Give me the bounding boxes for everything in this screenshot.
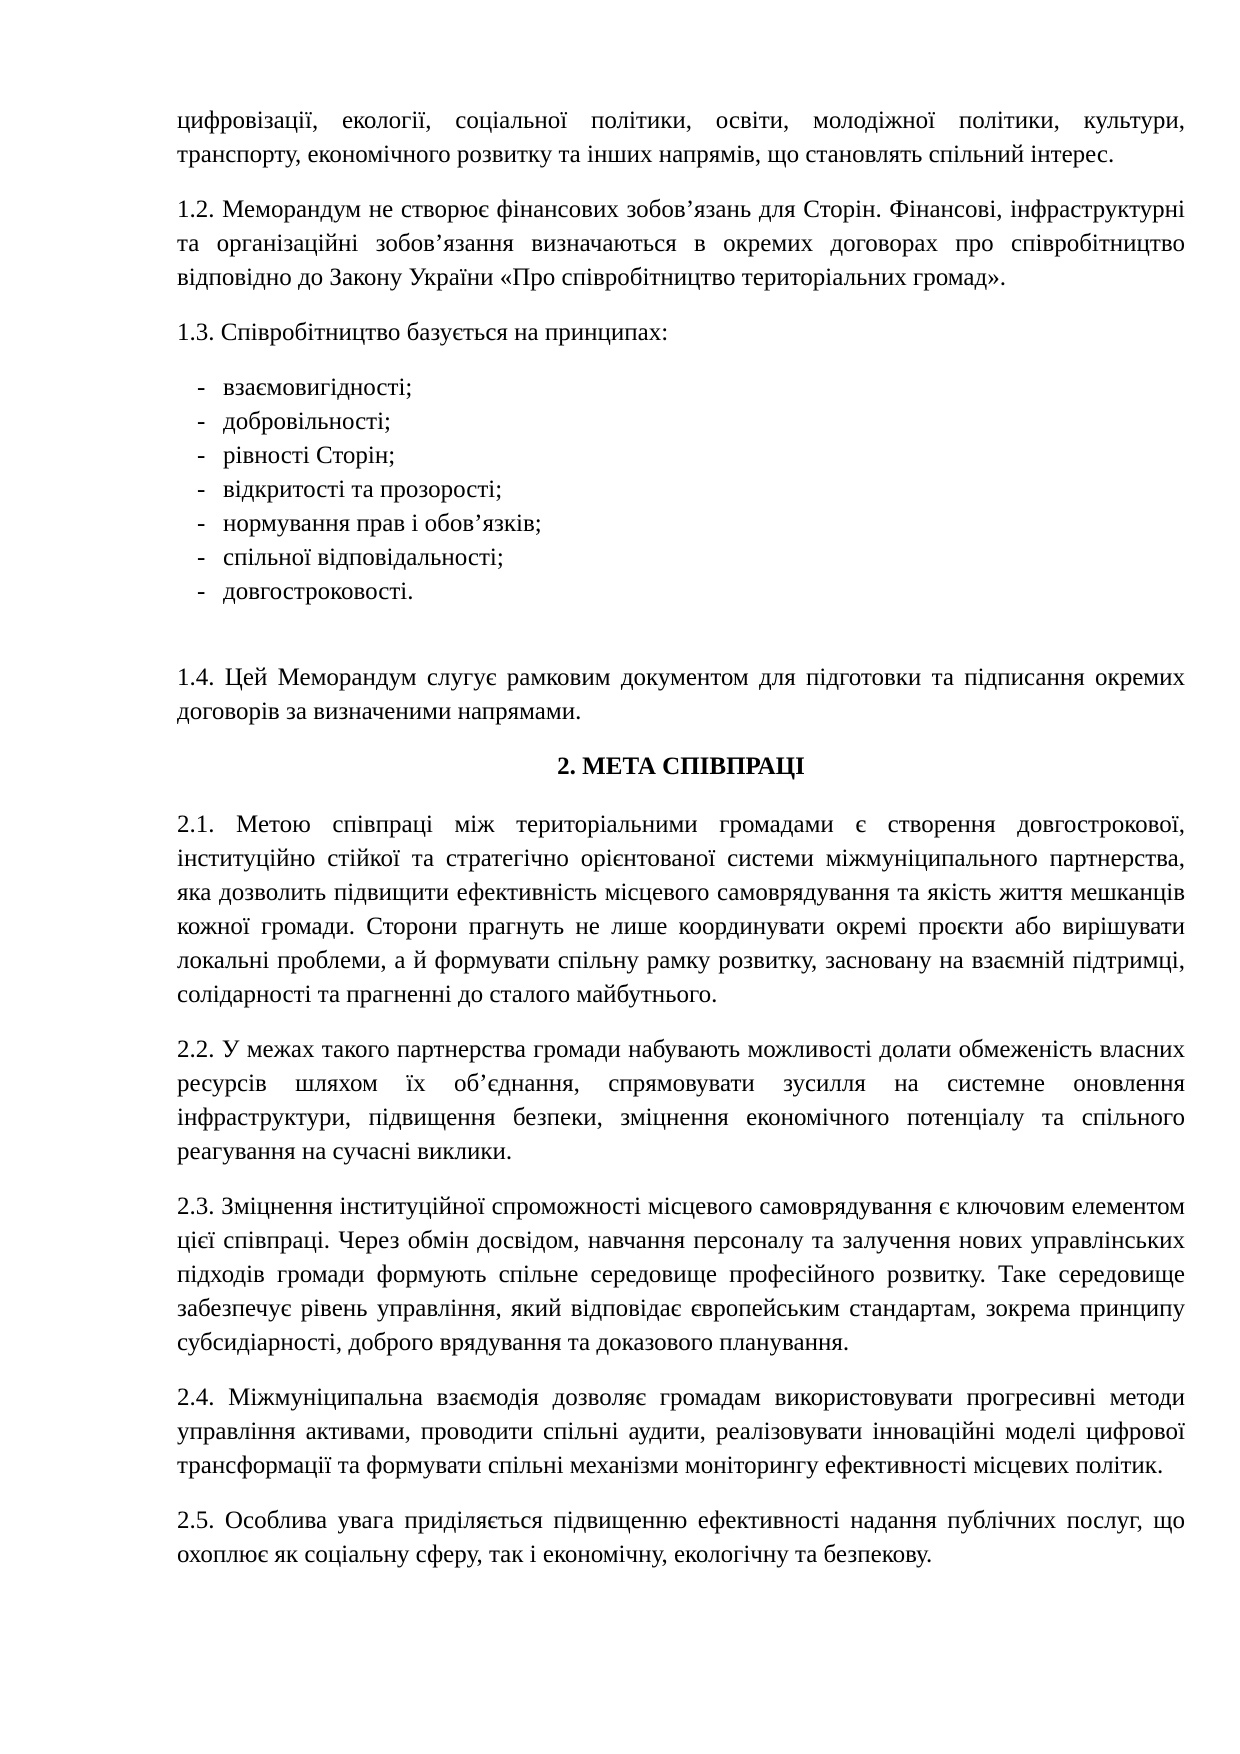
document-page: цифровізації, екології, соціальної політ… <box>0 0 1240 1754</box>
list-item: - спільної відповідальності; <box>177 541 1185 575</box>
list-dash: - <box>197 439 223 473</box>
list-dash: - <box>197 371 223 405</box>
section-heading-meta-spivpratsi: 2. МЕТА СПІВПРАЦІ <box>177 750 1185 784</box>
paragraph-1-4: 1.4. Цей Меморандум слугує рамковим доку… <box>177 661 1185 729</box>
list-dash: - <box>197 405 223 439</box>
list-item: - добровільності; <box>177 405 1185 439</box>
list-dash: - <box>197 507 223 541</box>
list-item-text: відкритості та прозорості; <box>223 473 1185 507</box>
list-item-text: спільної відповідальності; <box>223 541 1185 575</box>
paragraph-intro-continuation: цифровізації, екології, соціальної політ… <box>177 104 1185 172</box>
list-item: - відкритості та прозорості; <box>177 473 1185 507</box>
list-item: - рівності Сторін; <box>177 439 1185 473</box>
principles-list: - взаємовигідності; - добровільності; - … <box>177 371 1185 609</box>
list-dash: - <box>197 541 223 575</box>
list-item-text: довгостроковості. <box>223 575 1185 609</box>
list-item: - нормування прав і обов’язків; <box>177 507 1185 541</box>
list-dash: - <box>197 575 223 609</box>
list-item-text: нормування прав і обов’язків; <box>223 507 1185 541</box>
paragraph-1-3: 1.3. Співробітництво базується на принци… <box>177 316 1185 350</box>
list-item: - взаємовигідності; <box>177 371 1185 405</box>
list-item: - довгостроковості. <box>177 575 1185 609</box>
paragraph-2-4: 2.4. Міжмуніципальна взаємодія дозволяє … <box>177 1381 1185 1483</box>
paragraph-2-1: 2.1. Метою співпраці між територіальними… <box>177 808 1185 1012</box>
list-item-text: рівності Сторін; <box>223 439 1185 473</box>
paragraph-2-3: 2.3. Зміцнення інституційної спроможност… <box>177 1190 1185 1360</box>
paragraph-2-2: 2.2. У межах такого партнерства громади … <box>177 1033 1185 1169</box>
list-dash: - <box>197 473 223 507</box>
list-item-text: взаємовигідності; <box>223 371 1185 405</box>
paragraph-1-2: 1.2. Меморандум не створює фінансових зо… <box>177 193 1185 295</box>
paragraph-2-5: 2.5. Особлива увага приділяється підвище… <box>177 1504 1185 1572</box>
list-item-text: добровільності; <box>223 405 1185 439</box>
